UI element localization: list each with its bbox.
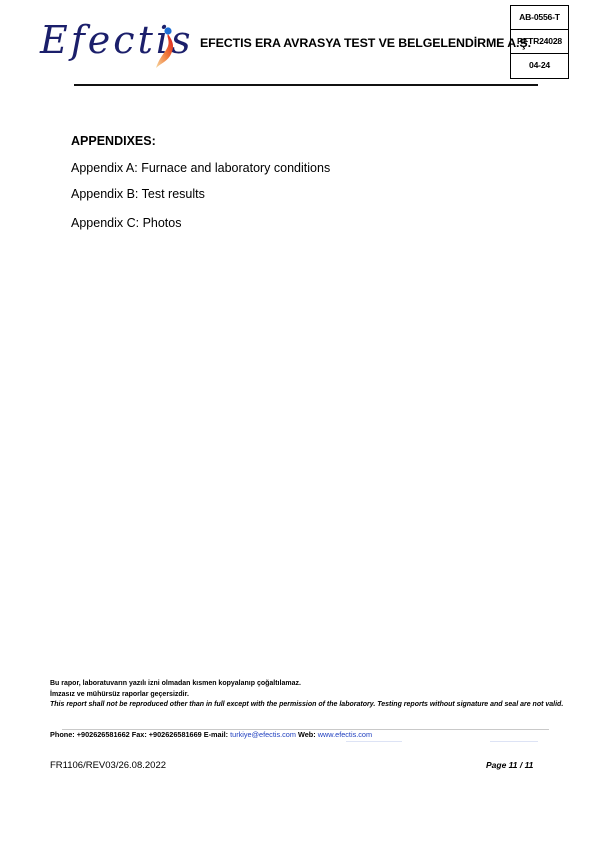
company-name: EFECTIS ERA AVRASYA TEST VE BELGELENDİRM…	[200, 36, 531, 50]
web-label: Web:	[296, 730, 318, 739]
disclaimer: Bu rapor, laboratuvarın yazılı izni olma…	[50, 679, 570, 711]
report-number: RFTR24028	[511, 30, 568, 54]
contact-line: Phone: +902626581662 Fax: +902626581669 …	[50, 730, 372, 739]
phone-fax-label: Phone: +902626581662 Fax: +902626581669 …	[50, 730, 230, 739]
document-code-box: AB-0556-T RFTR24028 04-24	[510, 5, 569, 79]
disclaimer-tr-2: İmzasız ve mühürsüz raporlar geçersizdir…	[50, 690, 570, 701]
faint-line	[490, 741, 538, 742]
flame-icon	[152, 26, 182, 70]
efectis-logo: Efectis	[40, 16, 185, 68]
header-divider	[74, 84, 538, 86]
appendix-item: Appendix B: Test results	[71, 187, 205, 201]
appendix-item: Appendix C: Photos	[71, 216, 182, 230]
email-link[interactable]: turkiye@efectis.com	[230, 730, 296, 739]
report-date-code: 04-24	[511, 54, 568, 78]
form-code: FR1106/REV03/26.08.2022	[50, 760, 166, 771]
disclaimer-en: This report shall not be reproduced othe…	[50, 700, 570, 711]
section-title: APPENDIXES:	[71, 134, 156, 148]
faint-line	[346, 741, 402, 742]
web-link[interactable]: www.efectis.com	[318, 730, 372, 739]
accreditation-code: AB-0556-T	[511, 6, 568, 30]
appendix-item: Appendix A: Furnace and laboratory condi…	[71, 161, 330, 175]
page-number: Page 11 / 11	[486, 760, 533, 770]
disclaimer-tr-1: Bu rapor, laboratuvarın yazılı izni olma…	[50, 679, 570, 690]
